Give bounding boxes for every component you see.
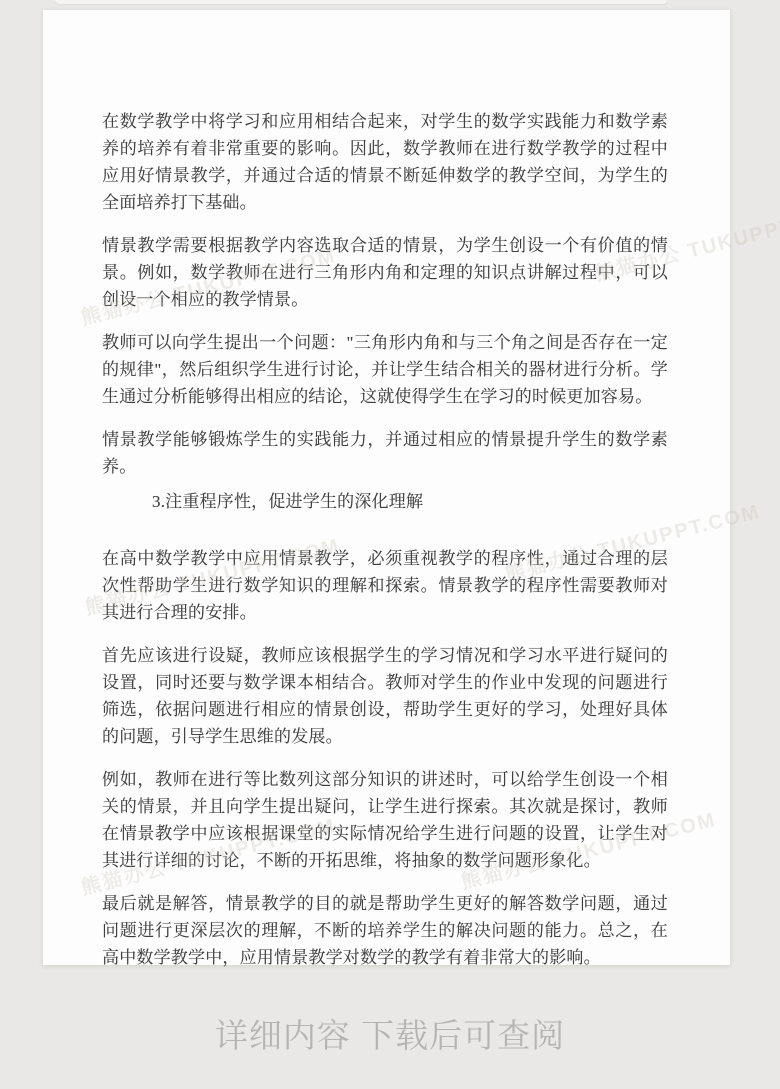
paragraph: 例如，教师在进行等比数列这部分知识的讲述时，可以给学生创设一个相关的情景，并且向…: [102, 766, 668, 874]
paragraph: 最后就是解答，情景教学的目的就是帮助学生更好的解答数学问题，通过问题进行更深层次…: [102, 890, 668, 971]
paragraph: 首先应该进行设疑，教师应该根据学生的学习情况和学习水平进行疑问的设置，同时还要与…: [102, 642, 668, 750]
paragraph: 在高中数学教学中应用情景教学，必须重视教学的程序性，通过合理的层次性帮助学生进行…: [102, 545, 668, 626]
section-heading: 3.注重程序性，促进学生的深化理解: [102, 488, 668, 515]
paragraph: 情景教学需要根据教学内容选取合适的情景，为学生创设一个有价值的情景。例如，数学教…: [102, 232, 668, 313]
preview-footer: 详细内容 下载后可查阅: [0, 968, 780, 1089]
paragraph: 在数学教学中将学习和应用相结合起来，对学生的数学实践能力和数学素养的培养有着非常…: [102, 108, 668, 216]
previous-page-bottom-edge: [55, 0, 667, 4]
document-page: 在数学教学中将学习和应用相结合起来，对学生的数学实践能力和数学素养的培养有着非常…: [43, 10, 730, 965]
paragraph: 教师可以向学生提出一个问题："三角形内角和与三个角之间是否存在一定的规律"，然后…: [102, 329, 668, 410]
footer-caption: 详细内容 下载后可查阅: [215, 1010, 565, 1057]
paragraph: 情景教学能够锻炼学生的实践能力，并通过相应的情景提升学生的数学素养。: [102, 426, 668, 480]
